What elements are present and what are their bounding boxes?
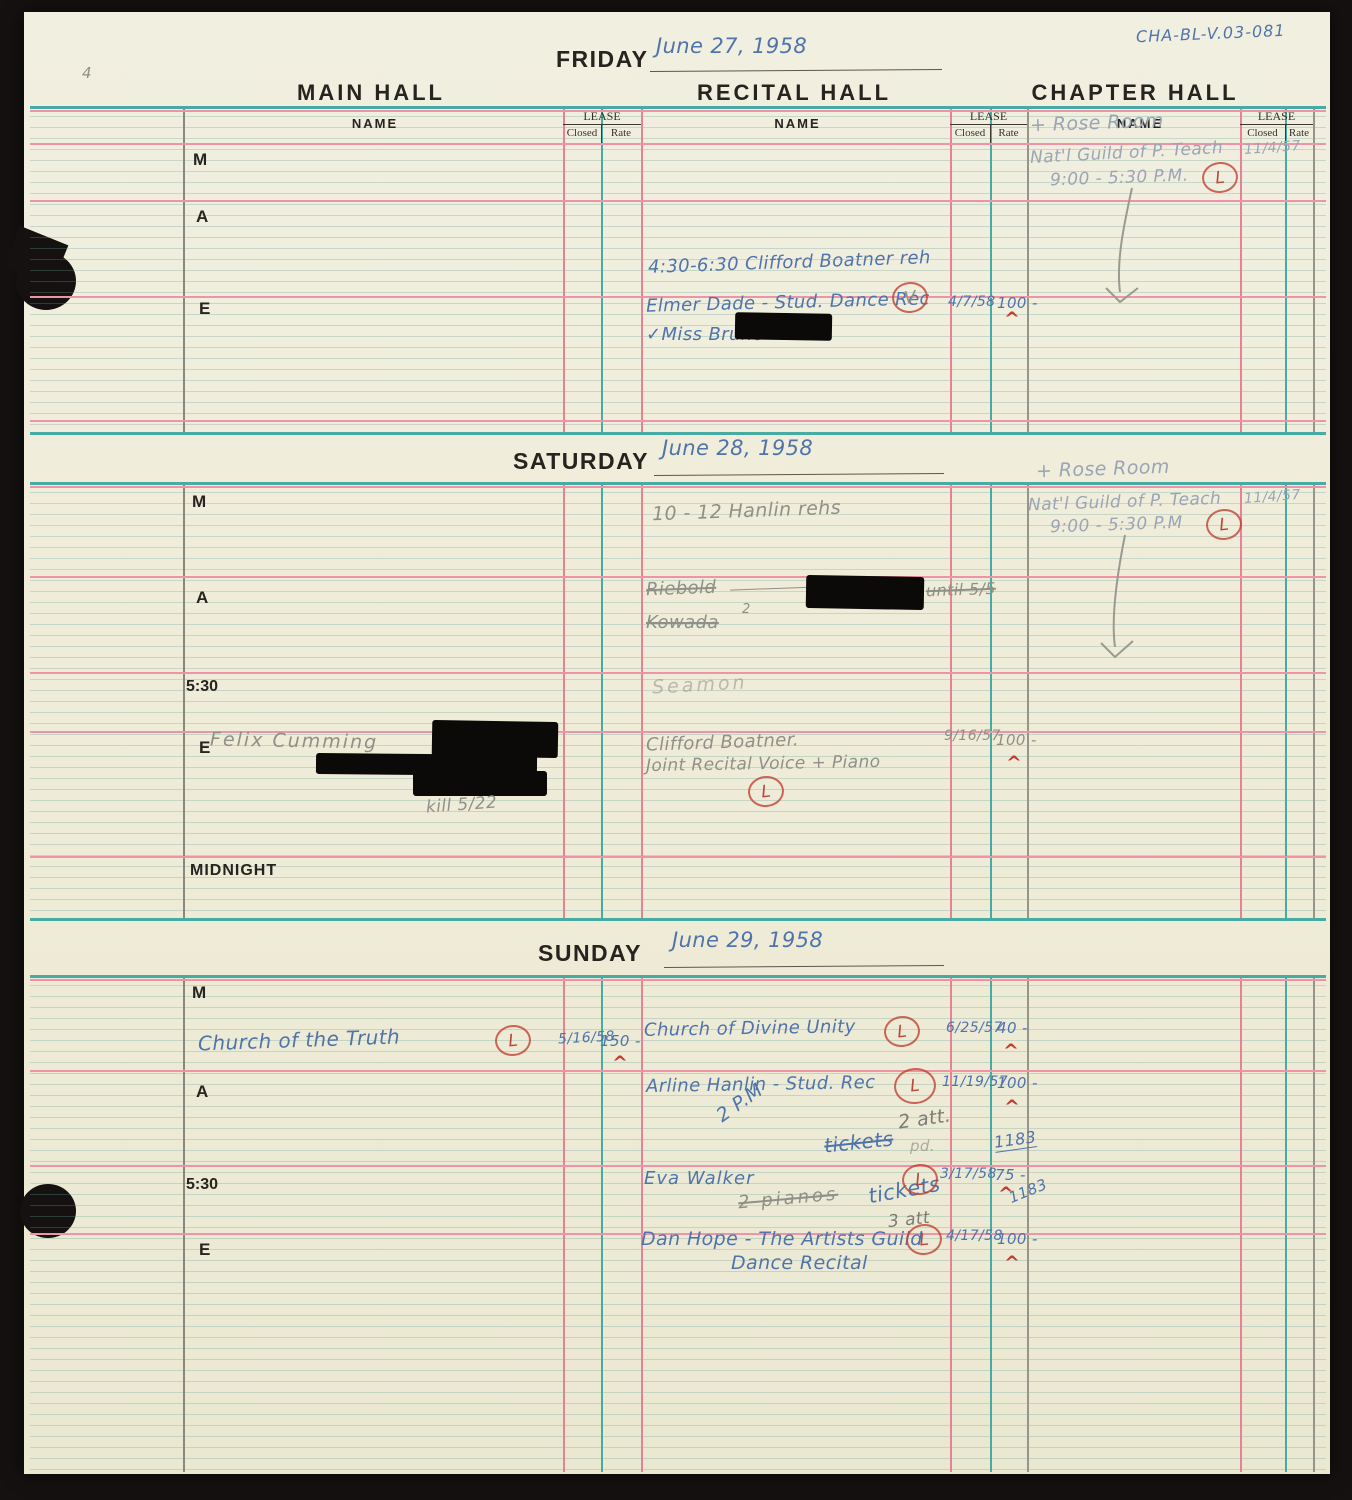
- entry-sunday-recital-s-closed: 3/17/58: [940, 1166, 997, 1182]
- entry-saturday-chapter-line1: Nat'l Guild of P. Teach: [1028, 489, 1222, 516]
- date-underline: [654, 473, 944, 476]
- entry-friday-chapter-roseroom: + Rose Room: [1030, 110, 1164, 137]
- entry-saturday-chapter-roseroom: + Rose Room: [1036, 456, 1170, 483]
- closed-header: Closed: [563, 127, 601, 139]
- grid-line: [30, 486, 1326, 488]
- paper-sheet: 4 CHA-BL-V.03-081 FRIDAY June 27, 1958 M…: [24, 12, 1330, 1474]
- entry-sunday-recital-s1: Eva Walker: [644, 1168, 755, 1189]
- circled-l-mark: L: [1200, 160, 1239, 195]
- circled-l-mark: L: [892, 1066, 938, 1106]
- entry-sunday-recital-a-tickets: tickets: [823, 1126, 894, 1157]
- day-title-friday: FRIDAY: [556, 46, 649, 73]
- circled-l-mark: L: [1204, 507, 1243, 542]
- entry-sunday-recital-e2: Dance Recital: [731, 1252, 868, 1274]
- rate-header: Rate: [990, 127, 1027, 139]
- check-glyph: V: [903, 287, 917, 308]
- l-glyph: L: [914, 1169, 926, 1190]
- entry-sunday-main-m: Church of the Truth: [198, 1024, 401, 1055]
- time-label-m: M: [192, 983, 206, 1003]
- entry-sunday-recital-m-closed: 6/25/57: [946, 1020, 1003, 1036]
- friday-section: NAME NAME NAME LEASE LEASE LEASE Closed …: [30, 106, 1326, 433]
- page-number: 4: [82, 64, 92, 82]
- entry-saturday-recital-e2: Joint Recital Voice + Piano: [646, 752, 881, 776]
- hall-title-recital: RECITAL HALL: [679, 80, 909, 106]
- sunday-section: M A 5:30 E Church of the Truth L 5/16/58…: [30, 975, 1326, 1472]
- entry-sunday-recital-a-ticket-no: 1183: [993, 1127, 1038, 1153]
- down-arrow: [1085, 535, 1145, 665]
- entry-saturday-recital-a1b: until 5/5: [926, 579, 997, 600]
- lease-underline: [563, 124, 641, 125]
- hall-title-chapter: CHAPTER HALL: [1020, 80, 1250, 106]
- entry-sunday-recital-s-rate: 75 -: [995, 1166, 1026, 1184]
- entry-friday-recital-closed: 4/7/58: [948, 294, 995, 310]
- lease-underline: [1240, 124, 1313, 125]
- lease-header-recital: LEASE: [950, 109, 1027, 124]
- l-glyph: L: [507, 1030, 519, 1051]
- entry-saturday-chapter-line2: 9:00 - 5:30 P.M: [1050, 513, 1183, 538]
- lease-underline: [950, 124, 1027, 125]
- entry-saturday-recital-a2-sup: 2: [742, 602, 751, 617]
- redaction-bar: [413, 771, 547, 796]
- day-date-sunday: June 29, 1958: [672, 928, 823, 952]
- entry-saturday-recital-e1: Clifford Boatner.: [646, 729, 800, 755]
- red-caret-mark: ^: [612, 1052, 628, 1074]
- time-label-e: E: [199, 1240, 210, 1260]
- entry-saturday-recital-closed: 9/16/57: [944, 728, 1001, 744]
- time-label-a: A: [196, 207, 208, 227]
- grid-line: [30, 1070, 1326, 1072]
- l-glyph: L: [1214, 167, 1226, 188]
- time-label-m: M: [193, 150, 207, 170]
- circled-l-mark: L: [493, 1023, 532, 1058]
- redaction-bar: [806, 575, 925, 610]
- redaction-bar: [735, 312, 832, 341]
- redaction-bar: [432, 720, 559, 758]
- rate-header: Rate: [601, 127, 641, 139]
- entry-saturday-main-e1: Felix Cumming: [210, 729, 379, 754]
- grid-line: [30, 979, 1326, 981]
- grid-line: [30, 918, 1326, 921]
- grid-line: [30, 482, 1326, 485]
- day-date-friday: June 27, 1958: [656, 34, 807, 58]
- entry-saturday-chapter-closed: 11/4/57: [1244, 487, 1302, 507]
- entry-sunday-recital-a-att: 2 att.: [897, 1104, 953, 1133]
- entry-saturday-recital-a1: Riebold: [646, 577, 717, 600]
- entry-sunday-recital-e1: Dan Hope - The Artists Guild: [641, 1228, 923, 1250]
- entry-friday-chapter-closed: 11/4/57: [1244, 138, 1302, 158]
- time-label-e: E: [199, 738, 210, 758]
- time-label-a: A: [196, 1082, 208, 1102]
- closed-header: Closed: [950, 127, 990, 139]
- grid-line: [30, 420, 1326, 422]
- red-caret-mark: ^: [1004, 308, 1020, 330]
- entry-saturday-main-kill: kill 5/22: [425, 793, 497, 818]
- red-caret-mark: ^: [1003, 1040, 1019, 1062]
- closed-header: Closed: [1240, 127, 1285, 139]
- entry-sunday-recital-e-rate: 100 -: [997, 1230, 1038, 1248]
- l-glyph: L: [918, 1229, 930, 1250]
- entry-sunday-recital-a-paid: pd.: [910, 1137, 935, 1155]
- day-title-saturday: SATURDAY: [513, 448, 649, 475]
- grid-line: [30, 856, 1326, 858]
- entry-sunday-main-rate: 150 -: [600, 1032, 641, 1050]
- day-title-sunday: SUNDAY: [538, 940, 642, 967]
- time-label-e: E: [199, 299, 210, 319]
- entry-saturday-recital-m: 10 - 12 Hanlin rehs: [652, 497, 842, 526]
- hall-title-main: MAIN HALL: [256, 80, 486, 106]
- l-glyph: L: [896, 1021, 908, 1042]
- time-label-a: A: [196, 588, 208, 608]
- time-label-530: 5:30: [186, 1176, 218, 1194]
- name-header-recital: NAME: [655, 116, 940, 131]
- time-label-530: 5:30: [186, 678, 218, 696]
- grid-line: [30, 672, 1326, 674]
- time-label-midnight: MIDNIGHT: [190, 862, 277, 880]
- l-glyph: L: [909, 1076, 921, 1097]
- l-glyph: L: [1218, 514, 1230, 535]
- entry-friday-chapter-line2: 9:00 - 5:30 P.M.: [1050, 166, 1189, 191]
- circled-l-mark: L: [882, 1014, 921, 1049]
- entry-saturday-recital-530: Seamon: [651, 672, 748, 699]
- lease-header-main: LEASE: [563, 109, 641, 124]
- grid-line: [30, 1165, 1326, 1167]
- entry-saturday-recital-a2: Kowada: [646, 612, 719, 633]
- time-label-m: M: [192, 492, 206, 512]
- circled-l-mark: L: [746, 774, 785, 809]
- grid-line: [30, 432, 1326, 435]
- grid-line: [30, 106, 1326, 109]
- entry-sunday-recital-e-closed: 4/17/58: [946, 1228, 1003, 1244]
- date-underline: [650, 69, 942, 72]
- entry-sunday-recital-a-rate: 100 -: [997, 1074, 1038, 1092]
- entry-saturday-recital-rate: 100 -: [996, 731, 1037, 749]
- entry-sunday-recital-m-rate: 40 -: [997, 1019, 1028, 1037]
- saturday-section: M A 5:30 E MIDNIGHT 10 - 12 Hanlin rehs …: [30, 482, 1326, 921]
- l-glyph: L: [760, 781, 772, 802]
- name-header-main: NAME: [230, 116, 520, 131]
- red-caret-mark: ^: [1004, 1096, 1020, 1118]
- grid-line: [30, 975, 1326, 978]
- scanned-ledger-page: 4 CHA-BL-V.03-081 FRIDAY June 27, 1958 M…: [0, 0, 1352, 1500]
- date-underline: [664, 965, 944, 968]
- entry-friday-recital-line1: 4:30-6:30 Clifford Boatner reh: [648, 247, 931, 278]
- entry-sunday-recital-m: Church of Divine Unity: [644, 1016, 856, 1041]
- lease-header-chapter: LEASE: [1240, 109, 1313, 124]
- day-date-saturday: June 28, 1958: [662, 436, 813, 460]
- red-caret-mark: ^: [1006, 752, 1022, 774]
- down-arrow: [1080, 188, 1150, 310]
- archive-code: CHA-BL-V.03-081: [1136, 21, 1286, 47]
- red-caret-mark: ^: [1004, 1252, 1020, 1274]
